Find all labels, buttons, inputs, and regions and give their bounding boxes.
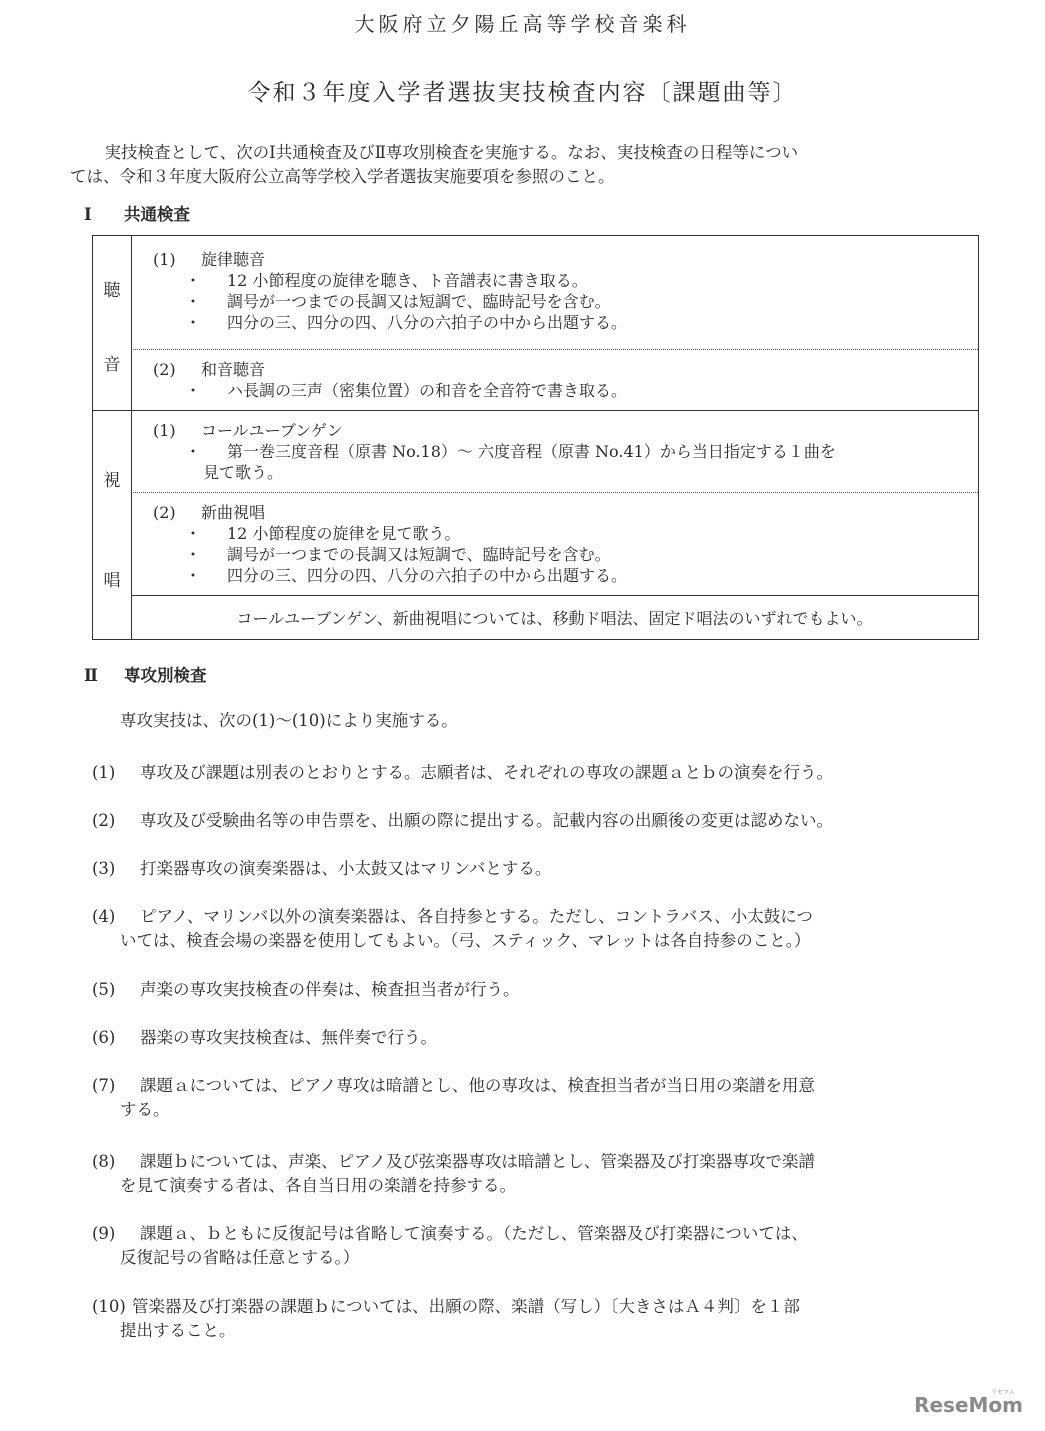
section-1-title: 共通検査 <box>124 205 190 224</box>
intro-line-2: ては、令和３年度大阪府公立高等学校入学者選抜実施要項を参照のこと。 <box>70 165 988 189</box>
item-title: 旋律聴音 <box>201 250 265 269</box>
rule-text: 専攻及び受験曲名等の申告票を、出願の際に提出する。記載内容の出願後の変更は認めな… <box>140 811 833 830</box>
item-number: (2) <box>153 502 201 523</box>
rule-text-continued: いては、検査会場の楽器を使用してもよい。（弓、スティック、マレットは各自持参のこ… <box>92 929 813 953</box>
table-vertical-divider <box>131 236 132 639</box>
sight-singing-cell: (2)新曲視唱 ・12 小節程度の旋律を見て歌う。 ・調号が一つまでの長調又は短… <box>153 502 627 586</box>
item-heading: (2)和音聴音 <box>153 359 627 380</box>
bullet-text: 四分の三、四分の四、八分の六拍子の中から出題する。 <box>227 313 627 332</box>
melody-dictation-cell: (1)旋律聴音 ・12 小節程度の旋律を聴き、ト音譜表に書き取る。 ・調号が一つ… <box>153 249 627 333</box>
item-number: (2) <box>153 359 201 380</box>
rule-number: (1) <box>92 761 140 785</box>
solfege-note: コールユーブンゲン、新曲視唱については、移動ド唱法、固定ド唱法のいずれでもよい。 <box>131 606 978 629</box>
rule-item-1: (1)専攻及び課題は別表のとおりとする。志願者は、それぞれの専攻の課題ａとｂの演… <box>92 761 833 785</box>
bullet-icon: ・ <box>185 544 227 565</box>
rule-item-4: (4)ピアノ、マリンバ以外の演奏楽器は、各自持参とする。ただし、コントラバス、小… <box>92 905 813 953</box>
rule-number: (7) <box>92 1074 140 1098</box>
rule-item-9: (9)課題ａ、ｂともに反復記号は省略して演奏する。（ただし、管楽器及び打楽器につ… <box>92 1222 808 1270</box>
logo-text: ReseMom <box>914 1393 1023 1417</box>
rule-item-3: (3)打楽器専攻の演奏楽器は、小太鼓又はマリンバとする。 <box>92 857 551 881</box>
rule-item-10: (10)管楽器及び打楽器の課題ｂについては、出願の際、楽譜（写し）〔大きさはＡ４… <box>92 1295 800 1343</box>
rule-item-2: (2)専攻及び受験曲名等の申告票を、出願の際に提出する。記載内容の出願後の変更は… <box>92 809 833 833</box>
group-divider <box>93 410 978 411</box>
side-label-singing-top: 視 <box>93 466 131 491</box>
section-2-heading: Ⅱ専攻別検査 <box>84 662 207 686</box>
bullet-icon: ・ <box>185 380 227 401</box>
rule-number: (6) <box>92 1026 140 1050</box>
resemom-logo: ReseMomリセマム <box>914 1393 1023 1417</box>
rule-item-6: (6)器楽の専攻実技検査は、無伴奏で行う。 <box>92 1026 437 1050</box>
bullet-text: 四分の三、四分の四、八分の六拍子の中から出題する。 <box>227 566 627 585</box>
section-2-number: Ⅱ <box>84 666 124 685</box>
rule-text: 打楽器専攻の演奏楽器は、小太鼓又はマリンバとする。 <box>140 859 551 878</box>
rule-number: (4) <box>92 905 140 929</box>
side-label-listening-top: 聴 <box>93 276 131 301</box>
section-1-number: Ⅰ <box>84 205 124 224</box>
rule-text: 課題ｂについては、声楽、ピアノ及び弦楽器専攻は暗譜とし、管楽器及び打楽器専攻で楽… <box>140 1152 815 1171</box>
section-2-title: 専攻別検査 <box>124 666 207 685</box>
bullet-icon: ・ <box>185 270 227 291</box>
rule-number: (8) <box>92 1150 140 1174</box>
item-title: 和音聴音 <box>201 360 265 379</box>
bullet-icon: ・ <box>185 523 227 544</box>
rule-text-continued: 提出すること。 <box>92 1319 800 1343</box>
item-heading: (1)旋律聴音 <box>153 249 627 270</box>
bullet-item: ・調号が一つまでの長調又は短調で、臨時記号を含む。 <box>153 291 627 312</box>
note-divider <box>131 595 978 596</box>
rule-text: ピアノ、マリンバ以外の演奏楽器は、各自持参とする。ただし、コントラバス、小太鼓に… <box>140 907 813 926</box>
rule-item-5: (5)声楽の専攻実技検査の伴奏は、検査担当者が行う。 <box>92 978 520 1002</box>
bullet-text: 12 小節程度の旋律を見て歌う。 <box>227 524 460 543</box>
bullet-icon: ・ <box>185 312 227 333</box>
school-name: 大阪府立夕陽丘高等学校音楽科 <box>0 8 1045 37</box>
section-2-lead: 専攻実技は、次の(1)～(10)により実施する。 <box>120 709 458 733</box>
rule-number: (9) <box>92 1222 140 1246</box>
rule-text: 課題ａについては、ピアノ専攻は暗譜とし、他の専攻は、検査担当者が当日用の楽譜を用… <box>140 1076 815 1095</box>
rule-text: 専攻及び課題は別表のとおりとする。志願者は、それぞれの専攻の課題ａとｂの演奏を行… <box>140 763 833 782</box>
rule-text-continued: 反復記号の省略は任意とする。） <box>92 1246 808 1270</box>
dotted-divider <box>131 349 978 350</box>
rule-number: (3) <box>92 857 140 881</box>
side-label-singing-bottom: 唱 <box>93 566 131 591</box>
common-exam-table: 聴 音 (1)旋律聴音 ・12 小節程度の旋律を聴き、ト音譜表に書き取る。 ・調… <box>92 235 979 640</box>
intro-paragraph: 実技検査として、次のⅠ共通検査及びⅡ専攻別検査を実施する。なお、実技検査の日程等… <box>88 141 988 189</box>
item-title: 新曲視唱 <box>201 503 265 522</box>
bullet-text: ハ長調の三声（密集位置）の和音を全音符で書き取る。 <box>227 381 627 400</box>
bullet-text: 調号が一つまでの長調又は短調で、臨時記号を含む。 <box>227 292 611 311</box>
rule-text: 課題ａ、ｂともに反復記号は省略して演奏する。（ただし、管楽器及び打楽器については… <box>140 1224 808 1243</box>
chord-dictation-cell: (2)和音聴音 ・ハ長調の三声（密集位置）の和音を全音符で書き取る。 <box>153 359 627 401</box>
bullet-text: 第一巻三度音程（原書 No.18）～ 六度音程（原書 No.41）から当日指定す… <box>227 442 836 461</box>
intro-line-1: 実技検査として、次のⅠ共通検査及びⅡ専攻別検査を実施する。なお、実技検査の日程等… <box>88 141 988 165</box>
document-title: 令和３年度入学者選抜実技検査内容〔課題曲等〕 <box>0 74 1045 107</box>
bullet-item: ・四分の三、四分の四、八分の六拍子の中から出題する。 <box>153 312 627 333</box>
bullet-item: ・ハ長調の三声（密集位置）の和音を全音符で書き取る。 <box>153 380 627 401</box>
rule-item-8: (8)課題ｂについては、声楽、ピアノ及び弦楽器専攻は暗譜とし、管楽器及び打楽器専… <box>92 1150 815 1198</box>
rule-text-continued: を見て演奏する者は、各自当日用の楽譜を持参する。 <box>92 1174 815 1198</box>
bullet-item: ・第一巻三度音程（原書 No.18）～ 六度音程（原書 No.41）から当日指定… <box>153 441 836 462</box>
item-heading: (2)新曲視唱 <box>153 502 627 523</box>
rule-text: 声楽の専攻実技検査の伴奏は、検査担当者が行う。 <box>140 980 520 999</box>
item-number: (1) <box>153 420 201 441</box>
koruubungen-cell: (1)コールユーブンゲン ・第一巻三度音程（原書 No.18）～ 六度音程（原書… <box>153 420 836 483</box>
bullet-item: ・調号が一つまでの長調又は短調で、臨時記号を含む。 <box>153 544 627 565</box>
section-1-heading: Ⅰ共通検査 <box>84 201 190 225</box>
bullet-icon: ・ <box>185 291 227 312</box>
rule-number: (5) <box>92 978 140 1002</box>
rule-text-continued: する。 <box>92 1098 815 1122</box>
rule-item-7: (7)課題ａについては、ピアノ専攻は暗譜とし、他の専攻は、検査担当者が当日用の楽… <box>92 1074 815 1122</box>
bullet-icon: ・ <box>185 565 227 586</box>
rule-number: (2) <box>92 809 140 833</box>
bullet-text: 調号が一つまでの長調又は短調で、臨時記号を含む。 <box>227 545 611 564</box>
bullet-item: ・四分の三、四分の四、八分の六拍子の中から出題する。 <box>153 565 627 586</box>
side-label-listening-bottom: 音 <box>93 350 131 375</box>
bullet-text: 12 小節程度の旋律を聴き、ト音譜表に書き取る。 <box>227 271 588 290</box>
bullet-item: ・12 小節程度の旋律を見て歌う。 <box>153 523 627 544</box>
rule-text: 管楽器及び打楽器の課題ｂについては、出願の際、楽譜（写し）〔大きさはＡ４判〕を１… <box>132 1297 800 1316</box>
bullet-icon: ・ <box>185 441 227 462</box>
bullet-continuation: 見て歌う。 <box>153 462 836 483</box>
rule-number: (10) <box>92 1295 132 1319</box>
bullet-item: ・12 小節程度の旋律を聴き、ト音譜表に書き取る。 <box>153 270 627 291</box>
rule-text: 器楽の専攻実技検査は、無伴奏で行う。 <box>140 1028 437 1047</box>
item-title: コールユーブンゲン <box>201 421 343 440</box>
dotted-divider <box>131 492 978 493</box>
item-number: (1) <box>153 249 201 270</box>
item-heading: (1)コールユーブンゲン <box>153 420 836 441</box>
logo-kana: リセマム <box>991 1387 1015 1396</box>
